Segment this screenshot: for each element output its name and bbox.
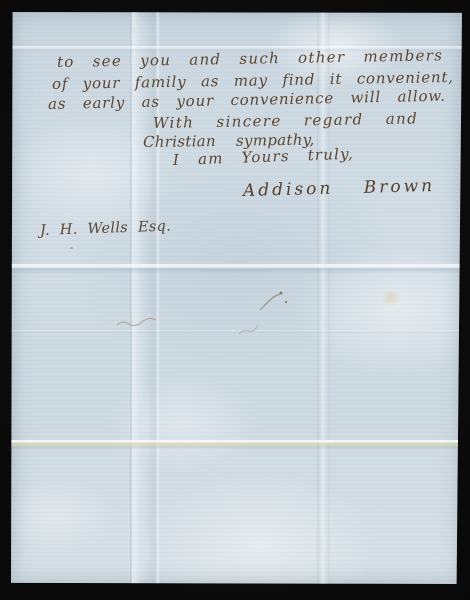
ink-speck [285,301,287,303]
closing-line-3: I am Yours truly, [173,147,354,168]
ink-speck [70,247,73,249]
letter-line-1: to see you and such other members [57,48,443,70]
letter-paper: to see you and such other members of you… [11,12,462,584]
addressee: J. H. Wells Esq. [40,219,172,238]
horizontal-fold-lower [11,440,462,449]
scan-background: to see you and such other members of you… [0,0,470,600]
paper-stain [377,286,404,310]
ink-bleed-mark [258,290,284,312]
horizontal-fold-faint [11,330,462,333]
closing-line-1: With sincere regard and [153,111,418,131]
letter-line-3: as early as your convenience will allow. [48,89,446,112]
ink-bleed-mark [238,322,260,336]
horizontal-fold-middle [11,264,462,274]
ink-bleed-mark [116,316,158,328]
signature: Addison Brown [243,178,436,200]
